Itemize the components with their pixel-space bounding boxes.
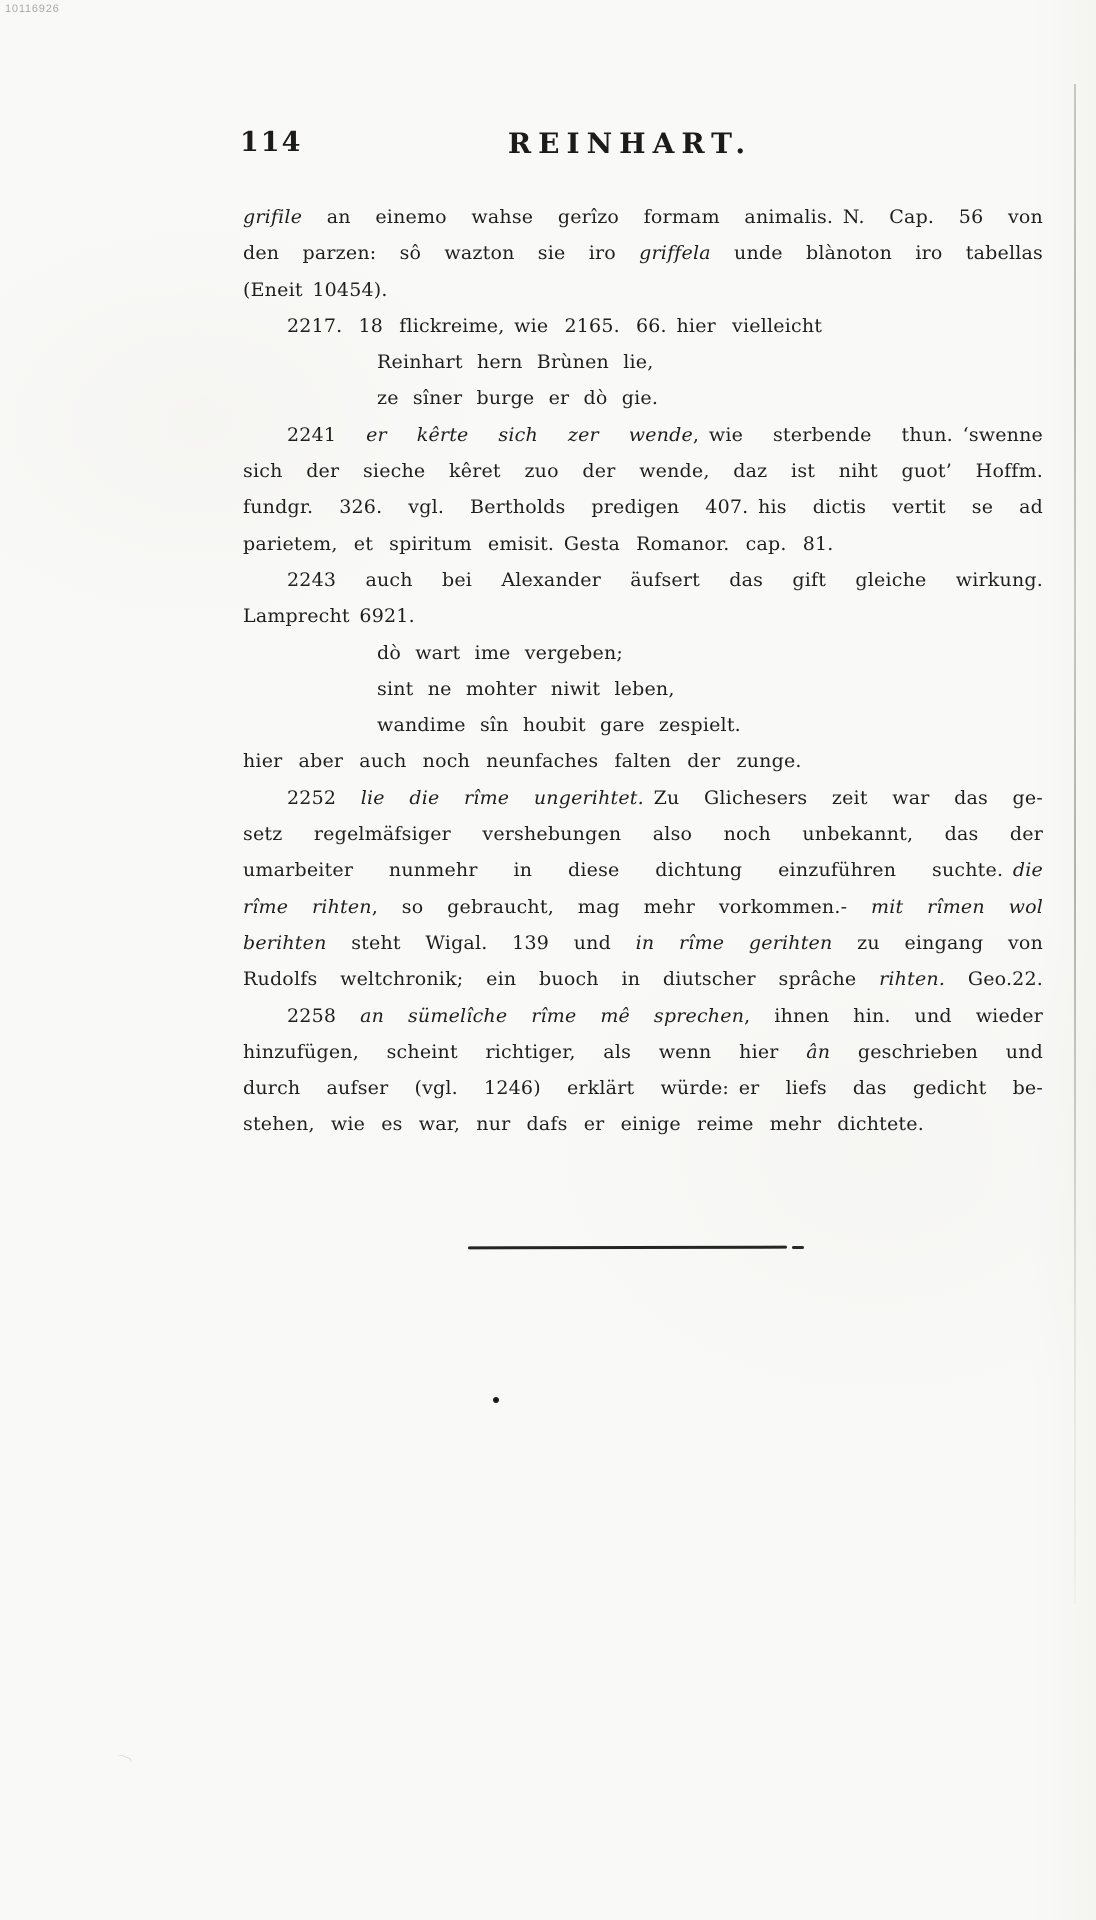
- text-line: Rudolfs weltchronik; ein buoch in diutsc…: [243, 961, 1043, 997]
- paper-smudge: [114, 1753, 133, 1770]
- text-segment: sich der sieche kêret zuo der wende, daz…: [243, 460, 1043, 482]
- text-line: (Eneit 10454).: [243, 272, 1043, 308]
- text-line: stehen, wie es war, nur dafs er einige r…: [243, 1106, 1043, 1142]
- text-segment: 2217. 18 flickreime, wie 2165. 66. hier …: [287, 315, 822, 337]
- text-line: umarbeiter nunmehr in diese dichtung ein…: [243, 852, 1043, 888]
- text-line: ze sîner burge er dò gie.: [243, 380, 1043, 416]
- text-segment: , wie sterbende thun. ‘swenne: [693, 424, 1043, 446]
- text-segment: Zu Glichesers zeit war das ge-: [644, 787, 1043, 809]
- text-line: Lamprecht 6921.: [243, 598, 1043, 634]
- italic-text-segment: ân: [806, 1041, 830, 1063]
- text-segment: an einemo wahse gerîzo formam animalis. …: [302, 206, 1043, 228]
- scan-watermark-number: 10116926: [5, 3, 60, 15]
- signature-dot: [493, 1397, 499, 1403]
- text-line: 2258 an sümelîche rîme mê sprechen, ihne…: [243, 998, 1043, 1034]
- running-title: REINHART.: [230, 127, 1030, 160]
- text-line: berihten steht Wigal. 139 und in rîme ge…: [243, 925, 1043, 961]
- text-segment: Geo.22.: [945, 968, 1043, 990]
- italic-text-segment: grifile: [243, 206, 302, 228]
- page-header: 114 REINHART.: [0, 127, 1096, 169]
- rule-dash: [792, 1246, 804, 1248]
- text-line: 2241 er kêrte sich zer wende, wie sterbe…: [243, 417, 1043, 453]
- text-line: rîme rihten, so gebraucht, mag mehr vork…: [243, 889, 1043, 925]
- section-end-rule: [468, 1246, 808, 1249]
- italic-text-segment: an sümelîche rîme mê sprechen: [360, 1005, 744, 1027]
- text-line: fundgr. 326. vgl. Bertholds predigen 407…: [243, 489, 1043, 525]
- text-segment: 2258: [287, 1005, 360, 1027]
- text-segment: umarbeiter nunmehr in diese dichtung ein…: [243, 859, 1013, 881]
- text-line: sint ne mohter niwit leben,: [243, 671, 1043, 707]
- text-segment: 2243 auch bei Alexander äufsert das gift…: [287, 569, 1043, 591]
- text-line: grifile an einemo wahse gerîzo formam an…: [243, 199, 1043, 235]
- text-segment: wandime sîn houbit gare zespielt.: [377, 714, 741, 736]
- text-line: Reinhart hern Brùnen lie,: [243, 344, 1043, 380]
- text-line: hinzufügen, scheint richtiger, als wenn …: [243, 1034, 1043, 1070]
- text-segment: steht Wigal. 139 und: [327, 932, 636, 954]
- italic-text-segment: in rîme gerihten: [636, 932, 833, 954]
- text-segment: 2241: [287, 424, 366, 446]
- text-segment: Reinhart hern Brùnen lie,: [377, 351, 653, 373]
- italic-text-segment: rihten.: [879, 968, 945, 990]
- text-segment: stehen, wie es war, nur dafs er einige r…: [243, 1113, 924, 1135]
- text-segment: fundgr. 326. vgl. Bertholds predigen 407…: [243, 496, 1043, 518]
- text-line: hier aber auch noch neunfaches falten de…: [243, 743, 1043, 779]
- text-segment: sint ne mohter niwit leben,: [377, 678, 675, 700]
- italic-text-segment: er kêrte sich zer wende: [366, 424, 693, 446]
- text-segment: dò wart ime vergeben;: [377, 642, 623, 664]
- text-line: den parzen: sô wazton sie iro griffela u…: [243, 235, 1043, 271]
- page: 10116926 114 REINHART. grifile an einemo…: [0, 0, 1096, 1920]
- text-line: setz regelmäfsiger vershebungen also noc…: [243, 816, 1043, 852]
- scan-edge-line: [1074, 84, 1076, 1604]
- text-segment: Rudolfs weltchronik; ein buoch in diutsc…: [243, 968, 879, 990]
- italic-text-segment: mit rîmen wol: [871, 896, 1043, 918]
- text-line: sich der sieche kêret zuo der wende, daz…: [243, 453, 1043, 489]
- text-segment: unde blànoton iro tabellas: [711, 242, 1043, 264]
- text-line: wandime sîn houbit gare zespielt.: [243, 707, 1043, 743]
- italic-text-segment: berihten: [243, 932, 327, 954]
- text-segment: Lamprecht 6921.: [243, 605, 415, 627]
- text-segment: , so gebraucht, mag mehr vorkommen.-: [372, 896, 871, 918]
- text-segment: durch aufser (vgl. 1246) erklärt würde: …: [243, 1077, 1043, 1099]
- text-segment: setz regelmäfsiger vershebungen also noc…: [243, 823, 1043, 845]
- text-block: grifile an einemo wahse gerîzo formam an…: [243, 199, 1043, 1143]
- rule-segment: [468, 1246, 787, 1249]
- text-line: 2243 auch bei Alexander äufsert das gift…: [243, 562, 1043, 598]
- text-line: 2217. 18 flickreime, wie 2165. 66. hier …: [243, 308, 1043, 344]
- text-line: 2252 lie die rîme ungerihtet. Zu Gliches…: [243, 780, 1043, 816]
- text-segment: den parzen: sô wazton sie iro: [243, 242, 639, 264]
- text-segment: hier aber auch noch neunfaches falten de…: [243, 750, 802, 772]
- italic-text-segment: rîme rihten: [243, 896, 372, 918]
- text-line: durch aufser (vgl. 1246) erklärt würde: …: [243, 1070, 1043, 1106]
- text-segment: hinzufügen, scheint richtiger, als wenn …: [243, 1041, 806, 1063]
- italic-text-segment: lie die rîme ungerihtet.: [361, 787, 644, 809]
- text-line: dò wart ime vergeben;: [243, 635, 1043, 671]
- text-segment: 2252: [287, 787, 361, 809]
- text-segment: , ihnen hin. und wieder: [744, 1005, 1043, 1027]
- italic-text-segment: die: [1013, 859, 1043, 881]
- text-line: parietem, et spiritum emisit. Gesta Roma…: [243, 526, 1043, 562]
- text-segment: ze sîner burge er dò gie.: [377, 387, 658, 409]
- italic-text-segment: griffela: [639, 242, 711, 264]
- text-segment: zu eingang von: [832, 932, 1043, 954]
- text-segment: (Eneit 10454).: [243, 279, 388, 301]
- text-segment: geschrieben und: [830, 1041, 1043, 1063]
- text-segment: parietem, et spiritum emisit. Gesta Roma…: [243, 533, 834, 555]
